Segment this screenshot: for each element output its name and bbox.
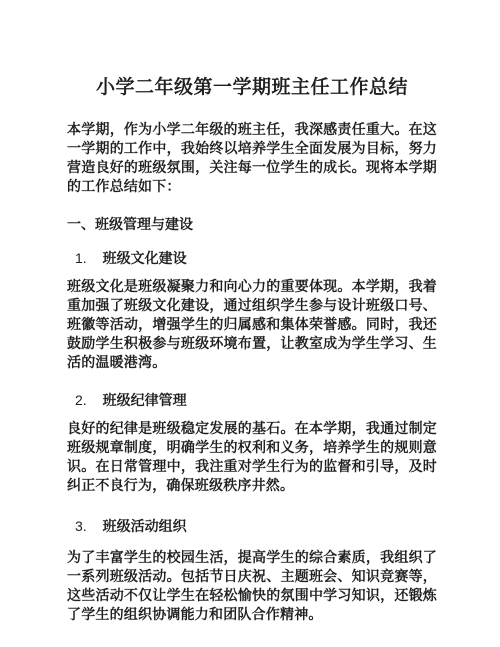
subsection-title: 班级活动组织 [103, 517, 187, 536]
document-title: 小学二年级第一学期班主任工作总结 [67, 76, 437, 99]
subsection-heading-activities: 3. 班级活动组织 [67, 517, 437, 536]
section-heading-class-management: 一、班级管理与建设 [67, 215, 437, 234]
subsection-body-activities: 为了丰富学生的校园生活，提高学生的综合素质，我组织了一系列班级活动。包括节日庆祝… [67, 548, 437, 624]
subsection-title: 班级文化建设 [103, 249, 187, 268]
subsection-number: 3. [75, 517, 87, 536]
subsection-heading-culture: 1. 班级文化建设 [67, 249, 437, 268]
intro-paragraph: 本学期，作为小学二年级的班主任，我深感责任重大。在这一学期的工作中，我始终以培养… [67, 120, 437, 196]
subsection-body-discipline: 良好的纪律是班级稳定发展的基石。在本学期，我通过制定班级规章制度，明确学生的权利… [67, 419, 437, 495]
subsection-title: 班级纪律管理 [103, 391, 187, 410]
subsection-number: 2. [75, 391, 87, 410]
subsection-number: 1. [75, 249, 87, 268]
subsection-heading-discipline: 2. 班级纪律管理 [67, 391, 437, 410]
document-page: 小学二年级第一学期班主任工作总结 本学期，作为小学二年级的班主任，我深感责任重大… [0, 0, 500, 647]
subsection-body-culture: 班级文化是班级凝聚力和向心力的重要体现。本学期，我着重加强了班级文化建设，通过组… [67, 277, 437, 372]
